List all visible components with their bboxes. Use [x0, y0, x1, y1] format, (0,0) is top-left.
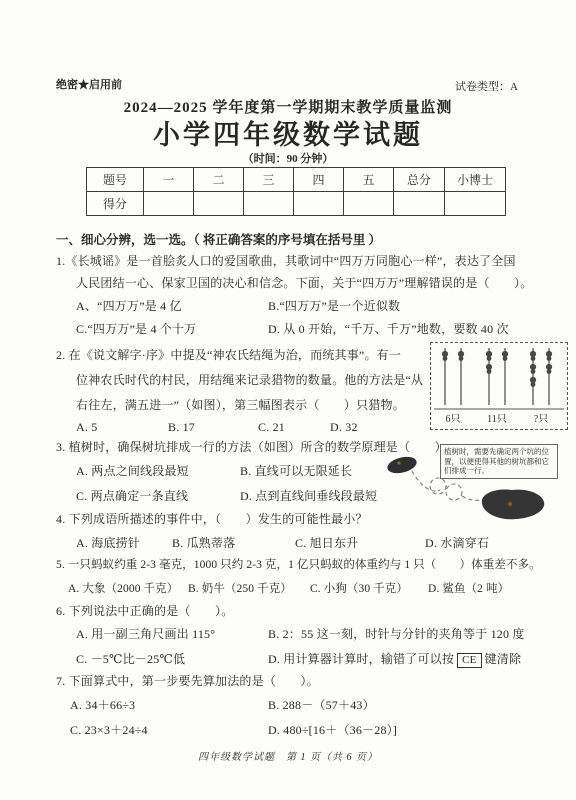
score-table-cell: 总分 [394, 168, 445, 192]
question-5-option-d: D. 鲨鱼（2 吨） [428, 580, 509, 596]
question-1-option-d: D. 从 0 开始，“千万、千万”地数，要数 40 次 [268, 320, 509, 337]
question-2-option-a: A. 5 [76, 420, 97, 435]
question-1-option-b: B.“四万万”是一个近似数 [268, 297, 400, 314]
question-1-line2: 人民团结一心、保家卫国的决心和信念。下面，关于“四万万”理解错误的是（ ）。 [76, 274, 532, 291]
question-6-option-d: D. 用计算器计算时，输错了可以按CE键清除 [268, 650, 521, 668]
question-5-option-b: B. 奶牛（250 千克） [188, 580, 292, 596]
question-6-option-b: B. 2：55 这一刻，时针与分针的夹角等于 120 度 [268, 625, 525, 642]
score-empty-cell [294, 192, 344, 216]
score-table-cell: 小博士 [445, 168, 506, 192]
question-7-option-d: D. 480÷[16＋（36－28）] [268, 721, 397, 738]
knotted-ropes-figure: 6只 11只 ?只 [430, 342, 568, 430]
question-1-option-c: C.“四万万”是 4 个十万 [76, 320, 196, 337]
question-4-option-b: B. 瓜熟蒂落 [172, 534, 235, 551]
score-empty-cell [144, 192, 194, 216]
question-4-stem: 4. 下列成语所描述的事件中，（ ）发生的可能性最小？ [56, 510, 368, 527]
page-title: 小学四年级数学试题 [0, 113, 576, 152]
score-table: 题号 一 二 三 四 五 总分 小博士 得分 [86, 167, 506, 216]
question-2-line3: 右往左，满五进一”（如图），第三幅图表示（ ）只猎物。 [76, 396, 405, 413]
question-7-option-b: B. 288－（57＋43） [268, 696, 375, 713]
score-label-cell: 得分 [87, 192, 144, 216]
score-empty-cell [344, 192, 394, 216]
page-footer: 四年级数学试题 第 1 页（共 6 页） [0, 748, 576, 763]
knotted-ropes-drawing: 6只 11只 ?只 [431, 343, 567, 429]
question-4-option-d: D. 水滴穿石 [425, 534, 489, 551]
question-7-option-a: A. 34＋66÷3 [70, 696, 135, 713]
question-6-option-c: C. －5℃比－25℃低 [76, 650, 185, 667]
question-6-option-a: A. 用一副三角尺画出 115° [76, 625, 215, 642]
question-4-option-c: C. 旭日东升 [295, 534, 358, 551]
question-2-option-c: C. 21 [258, 420, 285, 435]
question-2-line1: 2. 在《说文解字·序》中提及“神农氏结绳为治，而统其事”。有一 [56, 346, 401, 363]
question-3-option-b: B. 直线可以无限延长 [240, 462, 352, 479]
paper-type-label: 试卷类型：A [455, 78, 518, 94]
tree-planting-note: 植树时，需要先确定两个坑的位置，以便使得其他的树坑都和它们排成一行。 [440, 444, 558, 479]
score-empty-cell [445, 192, 506, 216]
question-1-option-a: A、“四万万”是 4 亿 [76, 297, 182, 314]
question-4-option-a: A. 海底捞针 [76, 534, 140, 551]
score-table-cell: 二 [194, 168, 244, 192]
score-table-cell: 题号 [87, 168, 144, 192]
question-3-option-a: A. 两点之间线段最短 [76, 462, 189, 479]
score-table-cell: 三 [244, 168, 294, 192]
rope-group-3-label: ?只 [534, 413, 548, 425]
score-table-score-row: 得分 [87, 192, 506, 216]
question-2-option-d: D. 32 [330, 420, 358, 435]
score-empty-cell [394, 192, 445, 216]
question-5-stem: 5. 一只蚂蚁约重 2-3 毫克，1000 只约 2-3 克，1 亿只蚂蚁的体重… [56, 556, 541, 572]
score-empty-cell [194, 192, 244, 216]
question-3-option-c: C. 两点确定一条直线 [76, 487, 188, 504]
rope-group-1-label: 6只 [446, 413, 461, 425]
exam-duration: （时间：90 分钟） [0, 150, 576, 166]
score-table-header-row: 题号 一 二 三 四 五 总分 小博士 [87, 168, 506, 192]
score-empty-cell [244, 192, 294, 216]
score-table-cell: 五 [344, 168, 394, 192]
secrecy-label: 绝密★启用前 [56, 76, 122, 92]
question-2-line2: 位神农氏时代的村民，用结绳来记录猎物的数量。他的方法是“从 [76, 371, 423, 388]
question-5-option-a: A. 大象（2000 千克） [68, 580, 178, 596]
question-3-option-d: D. 点到直线间垂线段最短 [240, 487, 377, 504]
question-7-stem: 7. 下面算式中，第一步要先算加法的是（ ）。 [56, 672, 319, 689]
question-2-option-b: B. 17 [168, 420, 195, 435]
section-1-heading: 一、细心分辨，选一选。（ 将正确答案的序号填在括号里 ） [56, 230, 381, 248]
question-6-stem: 6. 下列说法中正确的是（ ）。 [56, 602, 233, 619]
rope-group-2-label: 11只 [487, 413, 507, 425]
score-table-cell: 一 [144, 168, 194, 192]
question-5-option-c: C. 小狗（30 千克） [310, 580, 408, 596]
calculator-ce-key: CE [457, 653, 481, 668]
exam-paper-page: 绝密★启用前 试卷类型：A 2024—2025 学年度第一学期期末教学质量监测 … [0, 0, 576, 800]
option-d-text-suffix: 键清除 [485, 652, 522, 666]
option-d-text-prefix: D. 用计算器计算时，输错了可以按 [268, 652, 454, 666]
question-1-line1: 1.《长城谣》是一首脍炙人口的爱国歌曲，其歌词中“四万万同胞心一样”，表达了全国 [56, 252, 516, 269]
question-7-option-c: C. 23×3＋24÷4 [70, 721, 148, 738]
score-table-cell: 四 [294, 168, 344, 192]
